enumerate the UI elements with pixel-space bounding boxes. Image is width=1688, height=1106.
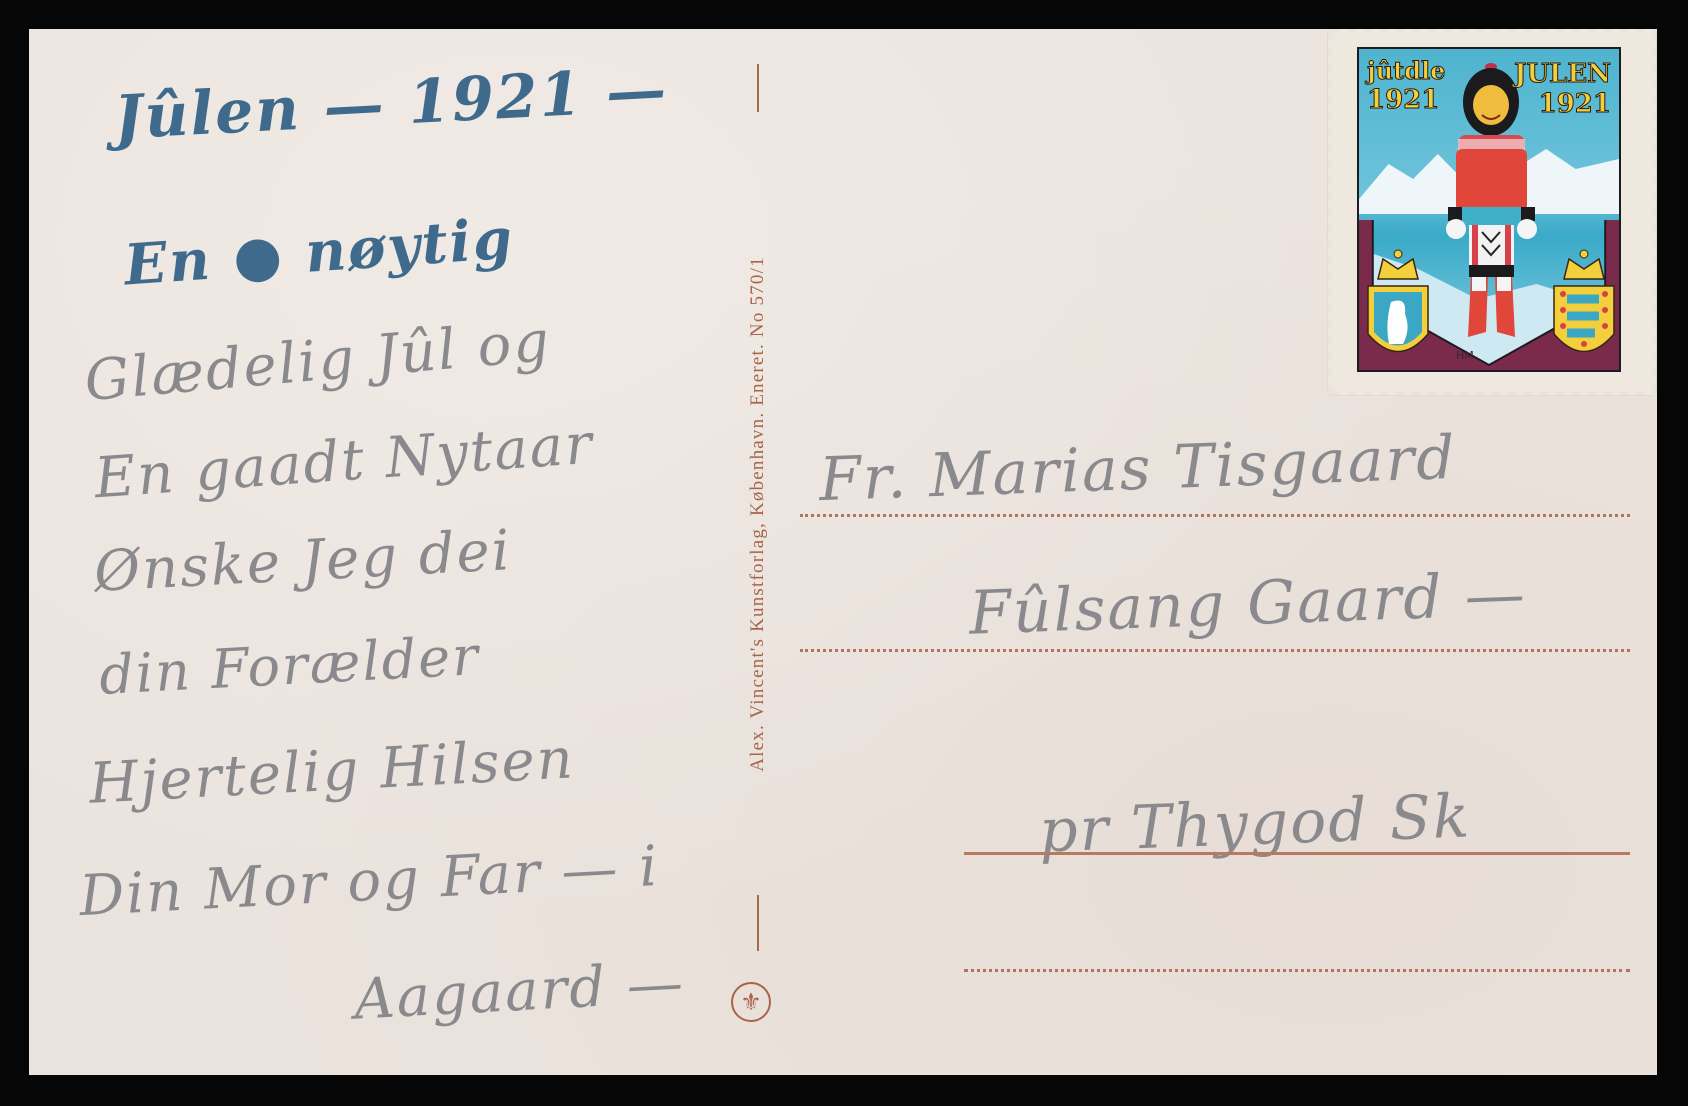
imprint-text: Alex. Vincent's Kunstforlag, København. … [747, 256, 769, 772]
publisher-imprint: Alex. Vincent's Kunstforlag, København. … [744, 59, 772, 969]
message-heading: Jûlen — 1921 — [113, 55, 670, 154]
denmark-arms-icon [1549, 244, 1619, 369]
address-line-1 [800, 514, 1630, 517]
stamp-label-left: jûtdle [1367, 59, 1445, 83]
greenland-arms-icon [1363, 244, 1433, 369]
stamp-year-left: 1921 [1367, 87, 1439, 113]
message-line-3: En gaadt Nytaar [92, 412, 596, 512]
message-line-6: Hjertelig Hilsen [88, 726, 577, 816]
stamp-label-right: JULEN [1514, 61, 1611, 87]
address-line-2-text: Fûlsang Gaard — [968, 559, 1528, 648]
postcard-back: Jûlen — 1921 — En ● nøytig Glædelig Jûl … [29, 29, 1657, 1075]
divider-bottom [757, 895, 759, 951]
stamp-year-right: 1921 [1539, 91, 1611, 117]
address-line-3 [964, 852, 1630, 855]
message-line-7: Din Mor og Far — i [78, 834, 661, 929]
greenlandic-child-icon [1444, 57, 1539, 347]
christmas-seal-stamp: jûtdle 1921 JULEN 1921 HM [1328, 29, 1656, 395]
fleur-de-lis-icon: ⚜ [731, 982, 771, 1022]
message-line-1: En ● nøytig [122, 205, 516, 298]
stamp-signature: HM [1456, 349, 1474, 362]
address-line-2 [800, 649, 1630, 652]
address-line-1-text: Fr. Marias Tisgaard [818, 423, 1458, 515]
message-line-2: Glædelig Jûl og [82, 309, 553, 415]
message-line-5: din Forælder [98, 624, 482, 707]
stamp-artwork: jûtdle 1921 JULEN 1921 HM [1357, 47, 1621, 372]
message-signature: Aagaard — [353, 950, 687, 1032]
divider-top [757, 64, 759, 112]
message-line-4: Ønske Jeg dei [93, 518, 514, 605]
address-line-4 [964, 969, 1630, 972]
